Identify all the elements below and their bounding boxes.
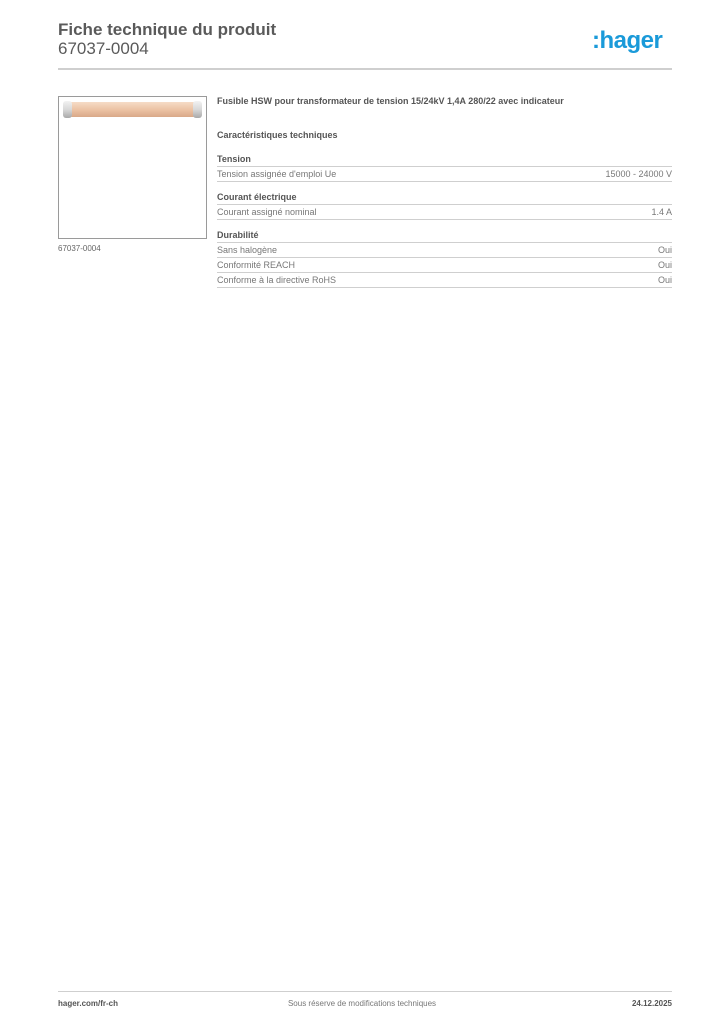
spec-group-tension: Tension Tension assignée d'emploi Ue 150…	[217, 154, 672, 182]
page-title: Fiche technique du produit	[58, 20, 276, 40]
spec-row: Conforme à la directive RoHS Oui	[217, 273, 672, 288]
spec-row: Courant assigné nominal 1.4 A	[217, 205, 672, 220]
section-title: Caractéristiques techniques	[217, 130, 672, 140]
product-title: Fusible HSW pour transformateur de tensi…	[217, 96, 672, 130]
spec-label: Courant assigné nominal	[217, 207, 317, 217]
product-image-frame	[58, 96, 207, 239]
group-title: Courant électrique	[217, 192, 672, 205]
hager-logo: :hager	[592, 27, 662, 55]
image-caption: 67037-0004	[58, 244, 101, 253]
spec-value: 15000 - 24000 V	[605, 169, 672, 179]
spec-group-current: Courant électrique Courant assigné nomin…	[217, 192, 672, 220]
spec-content: Fusible HSW pour transformateur de tensi…	[217, 96, 672, 298]
fuse-cartridge-image	[59, 97, 206, 238]
header-divider	[58, 68, 672, 70]
spec-row: Sans halogène Oui	[217, 243, 672, 258]
spec-value: Oui	[658, 275, 672, 285]
spec-row: Tension assignée d'emploi Ue 15000 - 240…	[217, 167, 672, 182]
spec-value: 1.4 A	[651, 207, 672, 217]
spec-row: Conformité REACH Oui	[217, 258, 672, 273]
footer-divider	[58, 991, 672, 992]
spec-value: Oui	[658, 245, 672, 255]
product-number: 67037-0004	[58, 39, 149, 59]
group-title: Tension	[217, 154, 672, 167]
footer-notice: Sous réserve de modifications techniques	[0, 999, 724, 1008]
spec-label: Conformité REACH	[217, 260, 295, 270]
spec-label: Tension assignée d'emploi Ue	[217, 169, 336, 179]
group-title: Durabilité	[217, 230, 672, 243]
spec-group-durability: Durabilité Sans halogène Oui Conformité …	[217, 230, 672, 288]
spec-value: Oui	[658, 260, 672, 270]
spec-label: Sans halogène	[217, 245, 277, 255]
footer-date: 24.12.2025	[632, 999, 672, 1008]
spec-label: Conforme à la directive RoHS	[217, 275, 336, 285]
